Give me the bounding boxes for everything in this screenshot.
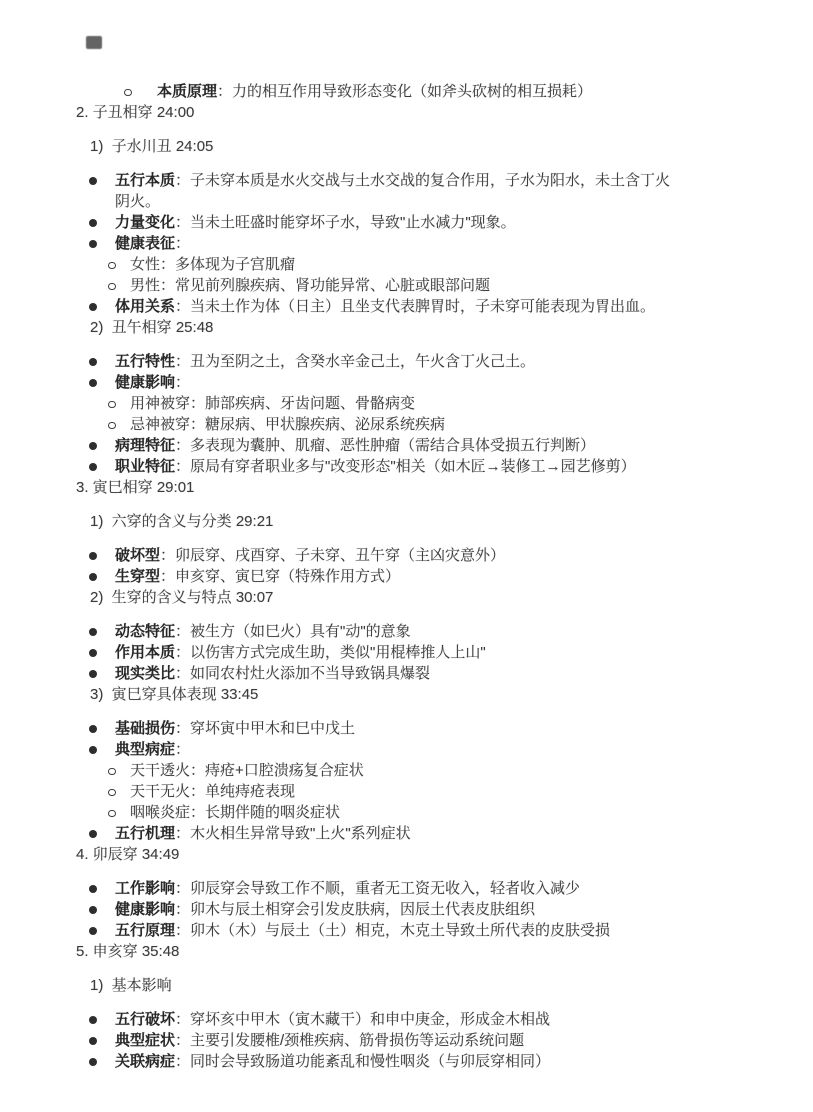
item-label: 体用关系 [115,298,175,315]
item-label: 工作影响 [115,880,175,897]
bullet-item: 五行破坏：穿坏亥中甲木（寅木藏干）和申中庚金，形成金木相战 [0,1009,813,1030]
section-heading: 2. 子丑相穿 24:00 [0,102,813,123]
bullet-circle-icon [108,422,116,430]
bullet-dot-icon [89,927,97,935]
item-label: 典型病症 [115,741,175,758]
bullet-item: 破坏型：卯辰穿、戌酉穿、子未穿、丑午穿（主凶灾意外） [0,545,813,566]
bullet-item: 典型症状：主要引发腰椎/颈椎疾病、筋骨损伤等运动系统问题 [0,1030,813,1051]
subsection-heading: 1) 六穿的含义与分类 29:21 [0,511,813,532]
item-text: ：穿坏亥中甲木（寅木藏干）和申中庚金，形成金木相战 [175,1011,550,1028]
section-heading: 4. 卯辰穿 34:49 [0,844,813,865]
item-text: 阴火。 [115,193,160,210]
heading-text: 2) 生穿的含义与特点 30:07 [90,589,273,606]
item-text: ：当未土作为体（日主）且坐支代表脾胃时，子未穿可能表现为胃出血。 [175,298,655,315]
bullet-dot-icon [89,573,97,581]
subsection-heading: 2) 丑午相穿 25:48 [0,317,813,338]
bullet-dot-icon [89,628,97,636]
heading-text: 3. 寅巳相穿 29:01 [76,479,194,496]
bullet-dot-icon [89,885,97,893]
heading-text: 1) 子水川丑 24:05 [90,138,213,155]
item-text: ：卯辰穿会导致工作不顺，重者无工资无收入，轻者收入减少 [175,880,580,897]
bullet-item: 五行原理：卯木（木）与辰土（土）相克，木克土导致土所代表的皮肤受损 [0,920,813,941]
item-label: 生穿型 [115,568,160,585]
item-text: ：被生方（如巳火）具有"动"的意象 [175,623,411,640]
item-label: 典型症状 [115,1032,175,1049]
section-heading: 3. 寅巳相穿 29:01 [0,477,813,498]
item-label: 现实类比 [115,665,175,682]
item-text: 女性：多体现为子宫肌瘤 [130,256,295,273]
item-text: ：卯木（木）与辰土（土）相克，木克土导致土所代表的皮肤受损 [175,922,610,939]
bullet-dot-icon [89,177,97,185]
bullet-circle-icon [108,789,116,797]
bullet-dot-icon [89,1037,97,1045]
bullet-dot-icon [89,725,97,733]
bullet-item: 关联病症：同时会导致肠道功能紊乱和慢性咽炎（与卯辰穿相同） [0,1051,813,1072]
item-label: 健康影响 [115,901,175,918]
sub-bullet-item: 本质原理：力的相互作用导致形态变化（如斧头砍树的相互损耗） [0,81,813,102]
bullet-item: 健康影响： [0,372,813,393]
item-label: 五行特性 [115,353,175,370]
bullet-item: 力量变化：当未土旺盛时能穿坏子水，导致"止水减力"现象。 [0,212,813,233]
item-label: 病理特征 [115,437,175,454]
item-label: 职业特征 [115,458,175,475]
sub-bullet-item: 用神被穿：肺部疾病、牙齿问题、骨骼病变 [0,393,813,414]
subsection-heading: 1) 基本影响 [0,975,813,996]
item-text: ：木火相生异常导致"上火"系列症状 [175,825,411,842]
item-label: 健康表征 [115,235,175,252]
bullet-dot-icon [89,1016,97,1024]
bullet-item: 健康表征： [0,233,813,254]
sub-bullet-item: 男性：常见前列腺疾病、肾功能异常、心脏或眼部问题 [0,275,813,296]
bullet-dot-icon [89,379,97,387]
section-heading: 5. 申亥穿 35:48 [0,941,813,962]
bullet-dot-icon [89,219,97,227]
item-text: ：原局有穿者职业多与"改变形态"相关（如木匠→装修工→园艺修剪） [175,458,636,475]
item-label: 五行破坏 [115,1011,175,1028]
bullet-dot-icon [89,746,97,754]
item-text: ：穿坏寅中甲木和巳中戊土 [175,720,355,737]
bullet-dot-icon [89,830,97,838]
item-label: 五行本质 [115,172,175,189]
item-text: ：多表现为囊肿、肌瘤、恶性肿瘤（需结合具体受损五行判断） [175,437,595,454]
sub-bullet-item: 忌神被穿：糖尿病、甲状腺疾病、泌尿系统疾病 [0,414,813,435]
item-text: ：力的相互作用导致形态变化（如斧头砍树的相互损耗） [217,83,592,100]
bullet-item: 作用本质：以伤害方式完成生助，类似"用棍棒推人上山" [0,642,813,663]
heading-text: 3) 寅巳穿具体表现 33:45 [90,686,258,703]
bullet-item: 生穿型：申亥穿、寅巳穿（特殊作用方式） [0,566,813,587]
bullet-dot-icon [89,303,97,311]
bullet-dot-icon [89,670,97,678]
item-label: 破坏型 [115,547,160,564]
sub-bullet-item: 天干透火：痔疮+口腔溃疡复合症状 [0,760,813,781]
bullet-dot-icon [89,240,97,248]
item-text: 男性：常见前列腺疾病、肾功能异常、心脏或眼部问题 [130,277,490,294]
item-text: ：申亥穿、寅巳穿（特殊作用方式） [160,568,400,585]
subsection-heading: 1) 子水川丑 24:05 [0,136,813,157]
bullet-item: 病理特征：多表现为囊肿、肌瘤、恶性肿瘤（需结合具体受损五行判断） [0,435,813,456]
bullet-circle-icon [108,401,116,409]
bullet-circle-icon [124,89,132,97]
bullet-item: 现实类比：如同农村灶火添加不当导致锅具爆裂 [0,663,813,684]
sub-bullet-item: 天干无火：单纯痔疮表现 [0,781,813,802]
item-label: 本质原理 [157,83,217,100]
heading-text: 2. 子丑相穿 24:00 [76,104,194,121]
item-label: 关联病症 [115,1053,175,1070]
item-label: 动态特征 [115,623,175,640]
bullet-circle-icon [108,810,116,818]
item-text: 天干透火：痔疮+口腔溃疡复合症状 [130,762,364,779]
item-text: 忌神被穿：糖尿病、甲状腺疾病、泌尿系统疾病 [130,416,445,433]
bullet-item: 五行本质：子未穿本质是水火交战与土水交战的复合作用，子水为阳水，未土含丁火 [0,170,813,191]
bullet-item: 动态特征：被生方（如巳火）具有"动"的意象 [0,621,813,642]
bullet-circle-icon [108,768,116,776]
item-text: ：丑为至阴之土，含癸水辛金己土，午火含丁火己土。 [175,353,535,370]
item-label: 力量变化 [115,214,175,231]
item-label: 五行机理 [115,825,175,842]
item-label: 作用本质 [115,644,175,661]
sub-bullet-item: 女性：多体现为子宫肌瘤 [0,254,813,275]
item-text: ： [175,374,190,391]
item-text: ： [175,235,190,252]
continuation-line: 阴火。 [0,191,813,212]
heading-text: 4. 卯辰穿 34:49 [76,846,179,863]
bullet-item: 典型病症： [0,739,813,760]
item-text: ：如同农村灶火添加不当导致锅具爆裂 [175,665,430,682]
heading-text: 5. 申亥穿 35:48 [76,943,179,960]
bullet-dot-icon [89,463,97,471]
heading-text: 1) 基本影响 [90,977,172,994]
bullet-dot-icon [89,552,97,560]
sub-bullet-item: 咽喉炎症：长期伴随的咽炎症状 [0,802,813,823]
bullet-item: 五行机理：木火相生异常导致"上火"系列症状 [0,823,813,844]
subsection-heading: 3) 寅巳穿具体表现 33:45 [0,684,813,705]
bullet-item: 五行特性：丑为至阴之土，含癸水辛金己土，午火含丁火己土。 [0,351,813,372]
heading-text: 1) 六穿的含义与分类 29:21 [90,513,273,530]
item-label: 基础损伤 [115,720,175,737]
bullet-item: 职业特征：原局有穿者职业多与"改变形态"相关（如木匠→装修工→园艺修剪） [0,456,813,477]
item-label: 五行原理 [115,922,175,939]
bullet-dot-icon [89,649,97,657]
item-text: 天干无火：单纯痔疮表现 [130,783,295,800]
item-text: ：以伤害方式完成生助，类似"用棍棒推人上山" [175,644,486,661]
item-text: ：当未土旺盛时能穿坏子水，导致"止水减力"现象。 [175,214,516,231]
bullet-dot-icon [89,1058,97,1066]
bullet-dot-icon [89,358,97,366]
item-text: ：同时会导致肠道功能紊乱和慢性咽炎（与卯辰穿相同） [175,1053,550,1070]
bullet-circle-icon [108,262,116,270]
document-page: 本质原理：力的相互作用导致形态变化（如斧头砍树的相互损耗）2. 子丑相穿 24:… [0,0,813,1072]
heading-text: 2) 丑午相穿 25:48 [90,319,213,336]
bullet-item: 工作影响：卯辰穿会导致工作不顺，重者无工资无收入，轻者收入减少 [0,878,813,899]
item-text: ：卯木与辰土相穿会引发皮肤病，因辰土代表皮肤组织 [175,901,535,918]
bullet-dot-icon [89,906,97,914]
bullet-circle-icon [108,283,116,291]
item-text: ：主要引发腰椎/颈椎疾病、筋骨损伤等运动系统问题 [175,1032,524,1049]
bullet-item: 健康影响：卯木与辰土相穿会引发皮肤病，因辰土代表皮肤组织 [0,899,813,920]
subsection-heading: 2) 生穿的含义与特点 30:07 [0,587,813,608]
bullet-item: 体用关系：当未土作为体（日主）且坐支代表脾胃时，子未穿可能表现为胃出血。 [0,296,813,317]
item-text: ： [175,741,190,758]
item-text: 用神被穿：肺部疾病、牙齿问题、骨骼病变 [130,395,415,412]
bullet-item: 基础损伤：穿坏寅中甲木和巳中戊土 [0,718,813,739]
bullet-dot-icon [89,442,97,450]
item-text: 咽喉炎症：长期伴随的咽炎症状 [130,804,340,821]
item-text: ：卯辰穿、戌酉穿、子未穿、丑午穿（主凶灾意外） [160,547,505,564]
item-text: ：子未穿本质是水火交战与土水交战的复合作用，子水为阳水，未土含丁火 [175,172,670,189]
item-label: 健康影响 [115,374,175,391]
